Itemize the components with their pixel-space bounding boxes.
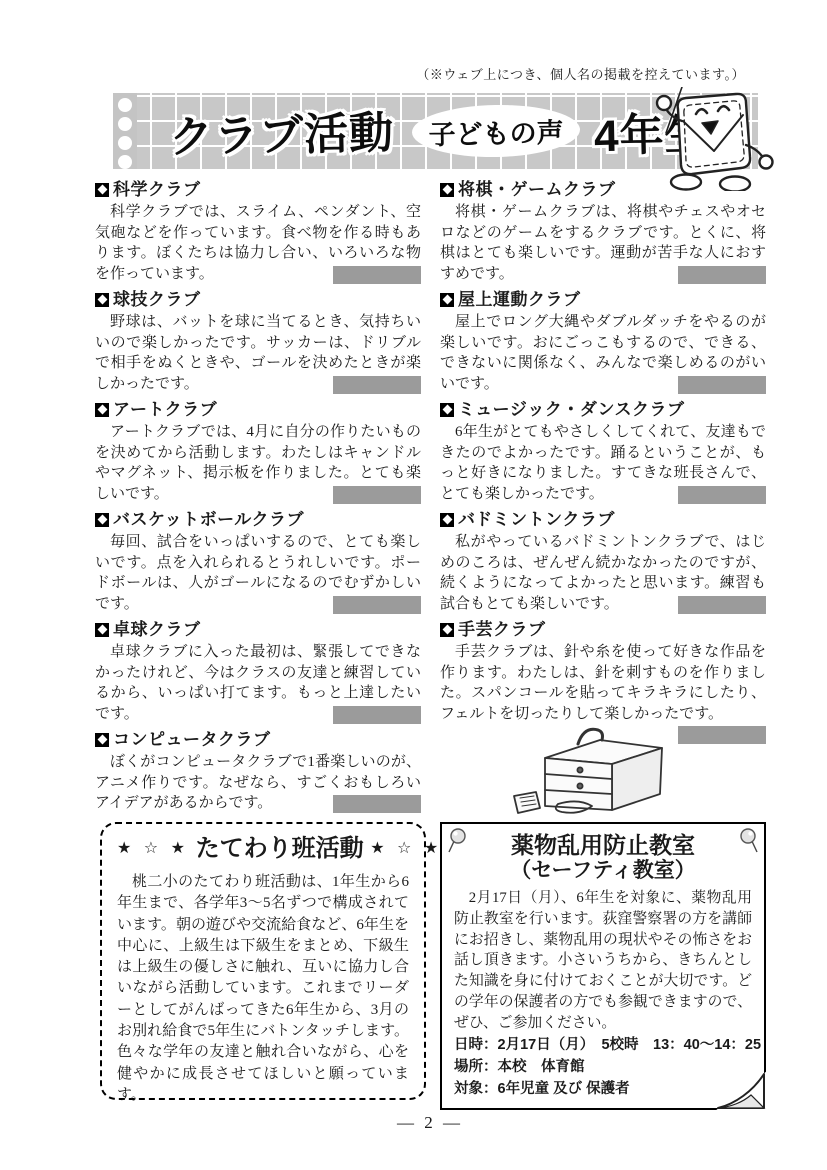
binder-hole-icon bbox=[118, 98, 132, 112]
club-title: 手芸クラブ bbox=[458, 619, 546, 640]
club-title: 屋上運動クラブ bbox=[458, 289, 581, 310]
newsletter-page: （※ウェブ上につき、個人名の掲載を控えています。） クラブ活動 子どもの声 4年… bbox=[0, 0, 827, 1170]
safety-body-text: 2月17日（月）、6年生を対象に、薬物乱用防止教室を行います。荻窪警察署の方を講… bbox=[454, 888, 752, 1034]
binder-hole-icon bbox=[118, 155, 132, 169]
star-icons: ★ ☆ ★ bbox=[370, 840, 442, 857]
club-title: 卓球クラブ bbox=[113, 619, 201, 640]
page-number: ― 2 ― bbox=[95, 1113, 765, 1133]
club-section-shogi-game: 将棋・ゲームクラブ 将棋・ゲームクラブは、将棋やチェスやオセロなどのゲームをする… bbox=[440, 179, 766, 284]
club-section-art: アートクラブ アートクラブでは、4月に自分の作りたいものを決めてから活動します。… bbox=[95, 399, 421, 504]
club-section-science: 科学クラブ 科学クラブでは、スライム、ペンダント、空気砲などを作っています。食べ… bbox=[95, 179, 421, 284]
diamond-square-bullet-icon bbox=[95, 183, 109, 197]
diamond-square-bullet-icon bbox=[95, 733, 109, 747]
safety-subtitle: （セーフティ教室） bbox=[454, 858, 752, 884]
club-title: 科学クラブ bbox=[113, 179, 201, 200]
folded-page-corner-icon bbox=[715, 1071, 767, 1111]
redacted-name-box bbox=[678, 376, 766, 394]
club-section-tabletennis: 卓球クラブ 卓球クラブに入った最初は、緊張してできなかったけれど、今はクラスの友… bbox=[95, 619, 421, 724]
redacted-name-box bbox=[333, 486, 421, 504]
privacy-note: （※ウェブ上につき、個人名の掲載を控えています。） bbox=[416, 64, 745, 83]
pushpin-icon bbox=[447, 828, 469, 854]
star-icons: ★ ☆ ★ bbox=[117, 840, 189, 857]
club-title: ミュージック・ダンスクラブ bbox=[458, 399, 684, 420]
diamond-square-bullet-icon bbox=[95, 403, 109, 417]
redacted-name-box bbox=[333, 795, 421, 813]
page-title: クラブ活動 bbox=[168, 97, 394, 166]
club-section-computer: コンピュータクラブ ぼくがコンピュータクラブで1番楽しいのが、アニメ作りです。な… bbox=[95, 729, 421, 814]
diamond-square-bullet-icon bbox=[95, 293, 109, 307]
left-column: 科学クラブ 科学クラブでは、スライム、ペンダント、空気砲などを作っています。食べ… bbox=[95, 179, 421, 819]
diamond-square-bullet-icon bbox=[440, 293, 454, 307]
binder-hole-strip bbox=[113, 93, 137, 169]
header-banner: クラブ活動 子どもの声 4年生 bbox=[113, 93, 758, 169]
safety-detail-datetime: 日時：2月17日（月） 5校時 13：40～14：25 bbox=[454, 1034, 752, 1056]
safety-title: 薬物乱用防止教室 bbox=[454, 832, 752, 858]
diamond-square-bullet-icon bbox=[440, 183, 454, 197]
safety-detail-target: 対象：6年児童 及び 保護者 bbox=[454, 1078, 752, 1100]
redacted-name-box bbox=[678, 486, 766, 504]
diamond-square-bullet-icon bbox=[440, 623, 454, 637]
diamond-square-bullet-icon bbox=[440, 513, 454, 527]
club-title: 球技クラブ bbox=[113, 289, 201, 310]
redacted-name-box bbox=[333, 266, 421, 284]
tatewari-title: たてわり班活動 bbox=[196, 835, 364, 862]
binder-hole-icon bbox=[118, 117, 132, 131]
redacted-name-box bbox=[333, 376, 421, 394]
club-section-ballgames: 球技クラブ 野球は、バットを球に当てるとき、気持ちいいので楽しかったです。サッカ… bbox=[95, 289, 421, 394]
club-section-music-dance: ミュージック・ダンスクラブ 6年生がとてもやさしくしてくれて、友達もできたのでよ… bbox=[440, 399, 766, 504]
redacted-name-box bbox=[333, 596, 421, 614]
redacted-name-box bbox=[678, 266, 766, 284]
binder-hole-icon bbox=[118, 136, 132, 150]
club-section-badminton: バドミントンクラブ 私がやっているバドミントンクラブで、はじめのころは、ぜんぜん… bbox=[440, 509, 766, 614]
club-title: アートクラブ bbox=[113, 399, 217, 420]
redacted-name-box bbox=[333, 706, 421, 724]
club-title: バスケットボールクラブ bbox=[113, 509, 304, 530]
club-title: バドミントンクラブ bbox=[458, 509, 615, 530]
envelope-mascot-icon bbox=[638, 87, 776, 191]
diamond-square-bullet-icon bbox=[95, 513, 109, 527]
club-body-text: 手芸クラブは、針や糸を使って好きな作品を作ります。わたしは、針を刺すものを作りま… bbox=[440, 644, 766, 722]
sewing-box-icon bbox=[500, 720, 705, 820]
club-section-rooftop: 屋上運動クラブ 屋上でロング大縄やダブルダッチをやるのが楽しいです。おにごっこも… bbox=[440, 289, 766, 394]
tatewari-activity-box: ★ ☆ ★ たてわり班活動 ★ ☆ ★ 桃二小のたてわり班活動は、1年生から6年… bbox=[100, 822, 426, 1100]
safety-detail-place: 場所：本校 体育館 bbox=[454, 1056, 752, 1078]
diamond-square-bullet-icon bbox=[440, 403, 454, 417]
pushpin-icon bbox=[737, 828, 759, 854]
club-section-basketball: バスケットボールクラブ 毎回、試合をいっぱいするので、とても楽しいです。点を入れ… bbox=[95, 509, 421, 614]
tatewari-body-text: 桃二小のたてわり班活動は、1年生から6年生まで、各学年3～5名ずつで構成されてい… bbox=[117, 872, 409, 1106]
club-title: コンピュータクラブ bbox=[113, 729, 271, 750]
subtitle-badge: 子どもの声 bbox=[412, 104, 581, 159]
right-column: 将棋・ゲームクラブ 将棋・ゲームクラブは、将棋やチェスやオセロなどのゲームをする… bbox=[440, 179, 766, 749]
club-title: 将棋・ゲームクラブ bbox=[458, 179, 616, 200]
safety-class-box: 薬物乱用防止教室 （セーフティ教室） 2月17日（月）、6年生を対象に、薬物乱用… bbox=[440, 822, 766, 1110]
redacted-name-box bbox=[678, 596, 766, 614]
diamond-square-bullet-icon bbox=[95, 623, 109, 637]
